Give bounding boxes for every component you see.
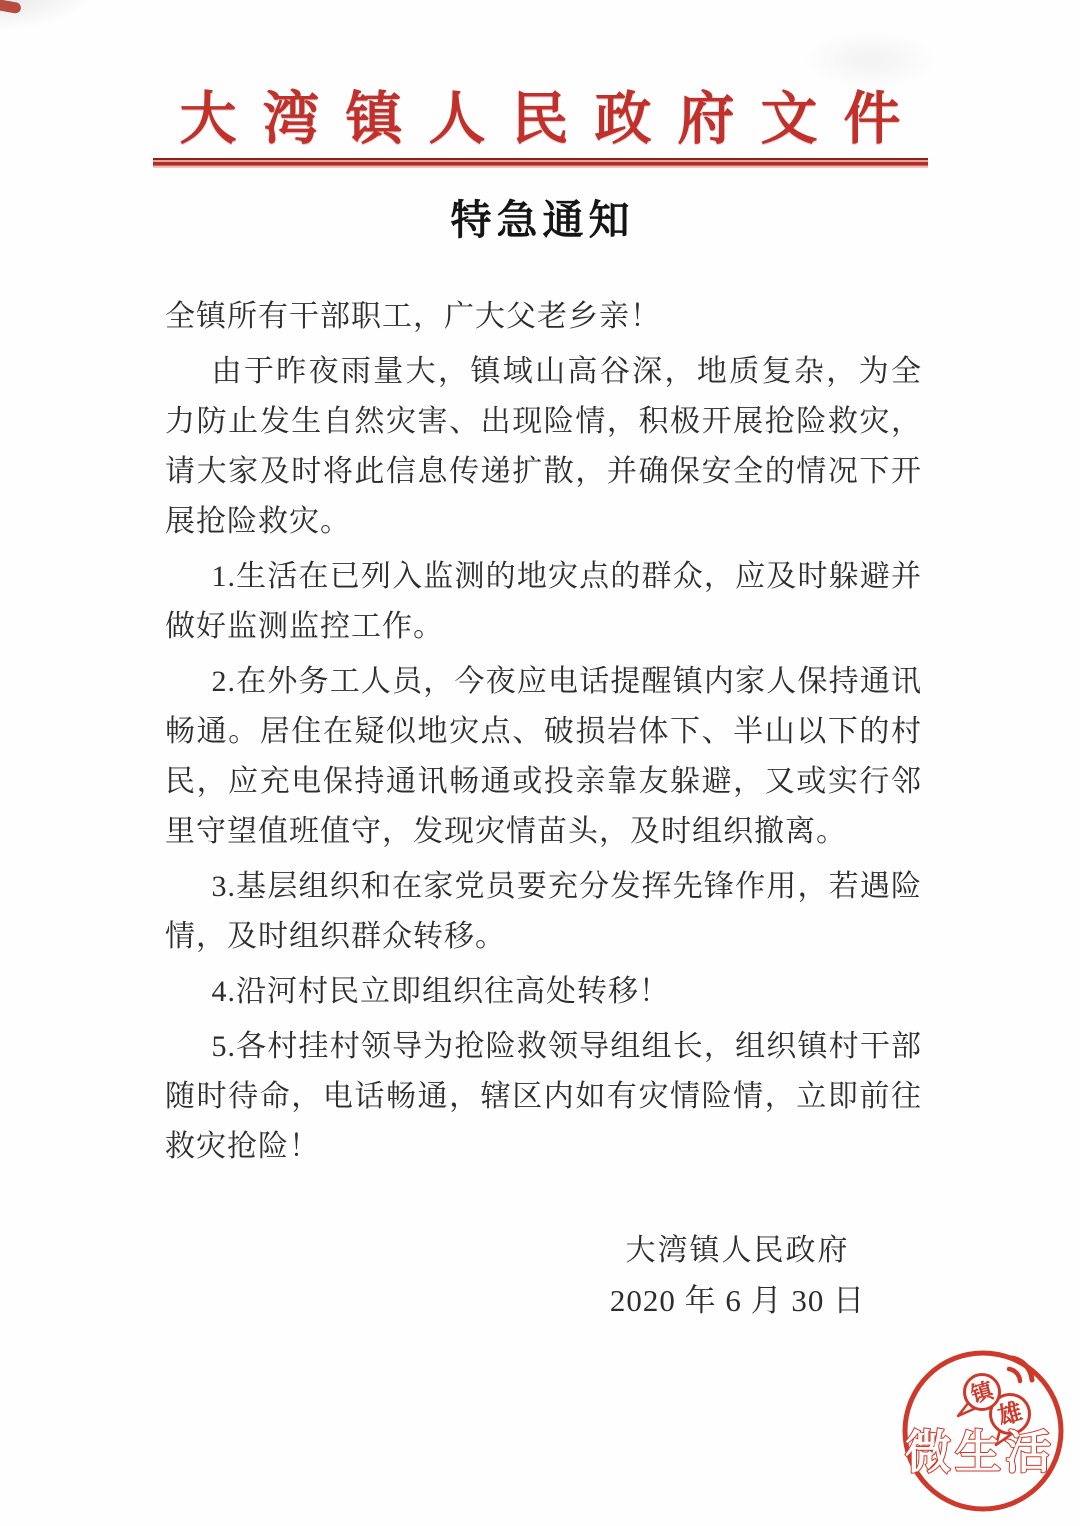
item-1-paragraph: 1.生活在已列入监测的地灾点的群众，应及时躲避并做好监测监控工作。: [165, 552, 922, 652]
notice-title: 特急通知: [0, 196, 1080, 244]
notice-body: 全镇所有干部职工，广大父老乡亲！ 由于昨夜雨量大，镇域山高谷深，地质复杂，为全力…: [165, 292, 922, 1172]
item-5-paragraph: 5.各村挂村领导为抢险救领导组组长，组织镇村干部随时待命，电话畅通，辖区内如有灾…: [165, 1022, 922, 1172]
letterhead-title: 大湾镇人民政府文件: [0, 84, 1080, 156]
government-notice-document: 大湾镇人民政府文件 特急通知 全镇所有干部职工，广大父老乡亲！ 由于昨夜雨量大，…: [0, 0, 1080, 1526]
stamp-main-text: 微生活: [905, 1426, 1055, 1478]
red-separator-rule: [153, 158, 928, 168]
signoff-block: 大湾镇人民政府 2020 年 6 月 30 日: [580, 1226, 895, 1326]
wechat-life-stamp: 镇 雄 微生活: [896, 1348, 1070, 1514]
document-header: 大湾镇人民政府文件: [0, 84, 1080, 168]
corner-red-mark: [0, 0, 22, 14]
intro-paragraph: 由于昨夜雨量大，镇域山高谷深，地质复杂，为全力防止发生自然灾害、出现险情，积极开…: [165, 347, 922, 547]
issue-date: 2020 年 6 月 30 日: [580, 1276, 895, 1326]
item-4-paragraph: 4.沿河村民立即组织往高处转移！: [165, 967, 922, 1017]
item-3-paragraph: 3.基层组织和在家党员要充分发挥先锋作用，若遇险情，及时组织群众转移。: [165, 862, 922, 962]
item-2-paragraph: 2.在外务工人员，今夜应电话提醒镇内家人保持通讯畅通。居住在疑似地灾点、破损岩体…: [165, 657, 922, 857]
salutation-line: 全镇所有干部职工，广大父老乡亲！: [165, 292, 922, 342]
issuer-signature: 大湾镇人民政府: [580, 1226, 895, 1276]
